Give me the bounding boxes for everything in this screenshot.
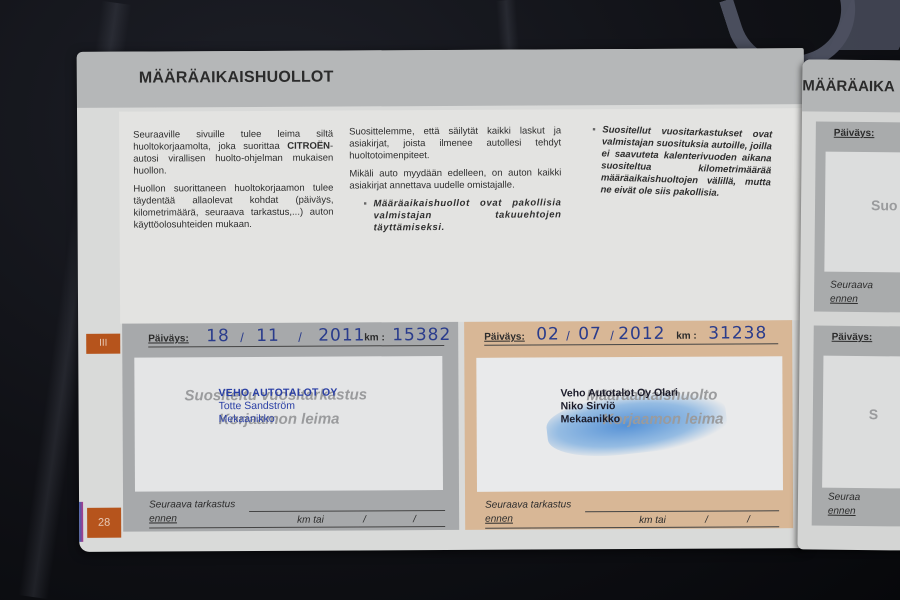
handwritten-day: 02 — [536, 324, 560, 344]
page-edge-marker — [79, 502, 83, 542]
km-or-label: km tai — [639, 515, 666, 526]
stamp-role: Mekaanikko — [219, 413, 338, 427]
fill-line — [249, 510, 445, 512]
intro-paragraph: Suosittelemme, että säilytät kaikki lask… — [349, 125, 561, 162]
handwritten-km: 15382 — [392, 325, 451, 345]
handwritten-day: 18 — [206, 326, 230, 346]
intro-paragraph: Mikäli auto myydään edelleen, on auton k… — [349, 167, 561, 192]
workshop-stamp-box: Suositeltu vuositarkastus Korjaamon leim… — [134, 356, 443, 492]
service-entry-card: Päiväys: 02 / 07 / 2012 km : 31238 Määrä… — [464, 320, 793, 530]
date-separator: / — [363, 514, 366, 525]
before-label: ennen — [149, 513, 177, 524]
mandatory-note: Määräaikaishuollot ovat pakollisia valmi… — [363, 197, 561, 234]
stamp-role: Mekaanikko — [561, 413, 679, 427]
recommendation-note: Suositellut vuositarkastukset ovat valmi… — [590, 124, 772, 201]
section-tab: III — [86, 334, 120, 354]
fill-line — [585, 510, 779, 512]
date-label: Päiväys: — [484, 332, 525, 343]
service-entry-card: Päiväys: Suo Seuraava ennen — [814, 122, 900, 313]
booklet-right-page: MÄÄRÄAIKA Päiväys: Suo Seuraava ennen Pä… — [797, 59, 900, 550]
intro-paragraph: Seuraaville sivuille tulee leima siltä h… — [133, 129, 333, 178]
page-title: MÄÄRÄAIKA — [802, 77, 895, 95]
before-label: ennen — [485, 514, 513, 525]
km-or-label: km tai — [297, 515, 324, 526]
stamp-mechanic-name: Totte Sandström — [219, 400, 338, 414]
stamp-company: VEHO AUTOTALOT OY — [218, 387, 337, 401]
workshop-stamp-box: Määräaikaishuolto Korjaamon leima Veho A… — [476, 356, 783, 492]
workshop-stamp-box: S — [822, 356, 900, 489]
intro-column-1: Seuraaville sivuille tulee leima siltä h… — [133, 129, 334, 238]
handwritten-month: 11 — [256, 326, 280, 346]
intro-paragraph: Huollon suorittaneen huoltokorjaamon tul… — [133, 183, 333, 232]
intro-column-2: Suosittelemme, että säilytät kaikki lask… — [349, 125, 562, 240]
before-label: ennen — [830, 294, 858, 305]
next-inspection-label: Seuraava tarkastus — [149, 499, 235, 510]
date-separator: / — [610, 328, 614, 343]
before-label: ennen — [828, 506, 856, 517]
workshop-stamp: Veho Autotalot Oy Olari Niko Sirviö Meka… — [560, 387, 678, 427]
stamp-mechanic-name: Niko Sirviö — [561, 400, 679, 414]
date-km-line: Päiväys: 18 / 11 / 2011 km : 15382 — [148, 328, 444, 348]
page-title: MÄÄRÄAIKAISHUOLLOT — [139, 69, 334, 88]
date-separator: / — [413, 514, 416, 525]
intro-column-3: Suositellut vuositarkastukset ovat valmi… — [590, 124, 772, 207]
km-label: km : — [364, 332, 385, 343]
handwritten-year: 2012 — [618, 324, 665, 344]
stamp-placeholder-label: Suo — [871, 197, 898, 213]
next-inspection-label: Seuraa — [828, 492, 860, 503]
booklet-left-page: MÄÄRÄAIKAISHUOLLOT Seuraaville sivuille … — [77, 48, 807, 552]
workshop-stamp-box: Suo — [824, 152, 900, 273]
date-separator: / — [747, 514, 750, 525]
brand-name: CITROËN — [287, 141, 330, 152]
date-separator: / — [240, 330, 244, 345]
handwritten-month: 07 — [578, 324, 602, 344]
date-separator: / — [566, 328, 570, 343]
date-separator: / — [298, 330, 302, 345]
date-label: Päiväys: — [148, 333, 189, 344]
service-entry-card: Päiväys: 18 / 11 / 2011 km : 15382 Suosi… — [122, 322, 459, 532]
handwritten-km: 31238 — [708, 323, 767, 343]
date-separator: / — [705, 515, 708, 526]
date-km-line: Päiväys: 02 / 07 / 2012 km : 31238 — [484, 326, 778, 346]
stamp-placeholder-label: S — [869, 406, 879, 422]
next-inspection-label: Seuraava — [830, 280, 873, 291]
fill-line — [149, 526, 445, 529]
fill-line — [485, 526, 779, 529]
km-label: km : — [676, 331, 697, 342]
service-entry-card: Päiväys: S Seuraa ennen — [812, 326, 900, 527]
workshop-stamp: VEHO AUTOTALOT OY Totte Sandström Mekaan… — [218, 387, 337, 427]
next-inspection-label: Seuraava tarkastus — [485, 499, 571, 510]
stamp-company: Veho Autotalot Oy Olari — [560, 387, 678, 401]
handwritten-year: 2011 — [318, 325, 365, 345]
page-number: 28 — [87, 508, 121, 538]
